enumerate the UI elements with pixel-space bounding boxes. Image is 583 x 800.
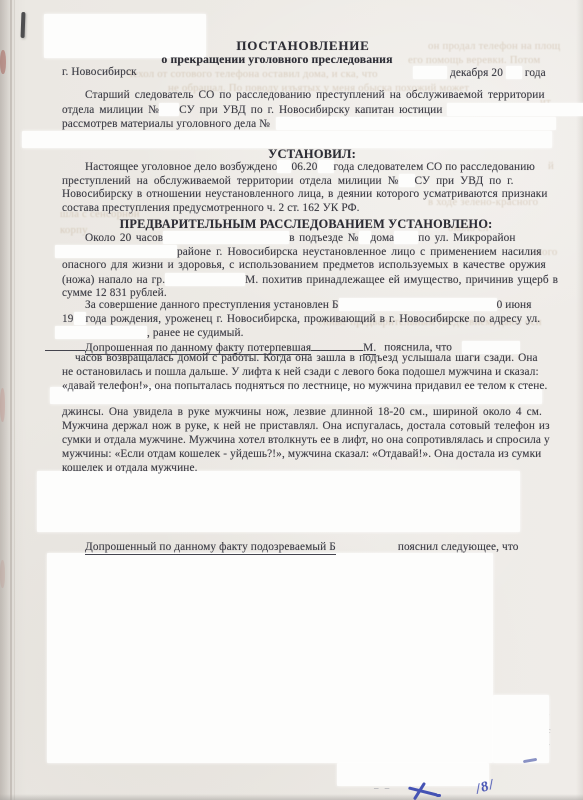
signature-layer: – – /8/ <box>0 0 583 800</box>
signature-x-mark <box>406 782 442 800</box>
grey-pen-dots: – – <box>374 783 391 793</box>
blue-dash-mark <box>523 758 537 763</box>
handwritten-number: /8/ <box>474 777 497 799</box>
scanned-document-page: он продал телефон на площего помощь вере… <box>0 0 583 800</box>
